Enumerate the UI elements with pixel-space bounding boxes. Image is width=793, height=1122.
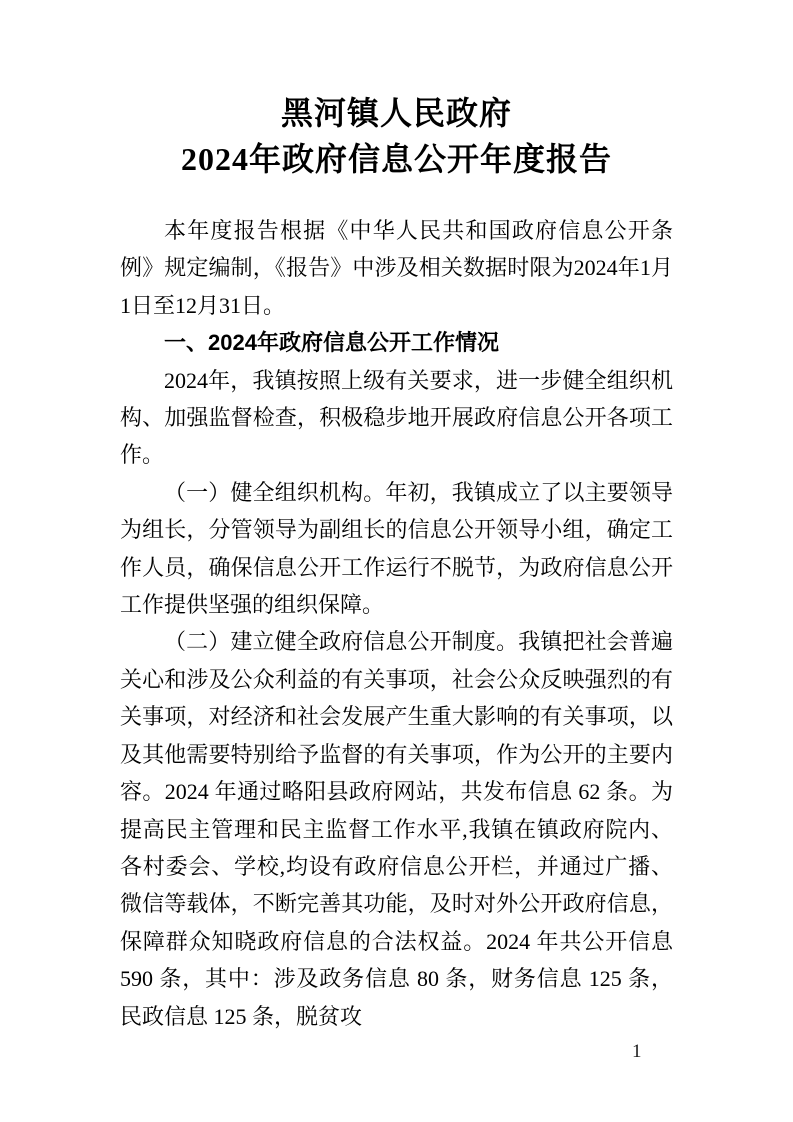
paragraph-item-1-organization: （一）健全组织机构。年初，我镇成立了以主要领导为组长，分管领导为副组长的信息公开… <box>120 474 673 624</box>
document-content: 黑河镇人民政府 2024年政府信息公开年度报告 本年度报告根据《中华人民共和国政… <box>120 90 673 1035</box>
title-line-2: 2024年政府信息公开年度报告 <box>120 136 673 182</box>
document-page: 黑河镇人民政府 2024年政府信息公开年度报告 本年度报告根据《中华人民共和国政… <box>0 0 793 1122</box>
title-line-1: 黑河镇人民政府 <box>120 90 673 136</box>
paragraph-overview: 2024年，我镇按照上级有关要求，进一步健全组织机构、加强监督检查，积极稳步地开… <box>120 362 673 474</box>
paragraph-item-2-system: （二）建立健全政府信息公开制度。我镇把社会普遍关心和涉及公众利益的有关事项，社会… <box>120 623 673 1034</box>
page-number: 1 <box>632 1040 642 1064</box>
paragraph-report-basis: 本年度报告根据《中华人民共和国政府信息公开条例》规定编制，《报告》中涉及相关数据… <box>120 212 673 324</box>
document-title: 黑河镇人民政府 2024年政府信息公开年度报告 <box>120 90 673 182</box>
section-heading-1: 一、2024年政府信息公开工作情况 <box>120 324 673 361</box>
